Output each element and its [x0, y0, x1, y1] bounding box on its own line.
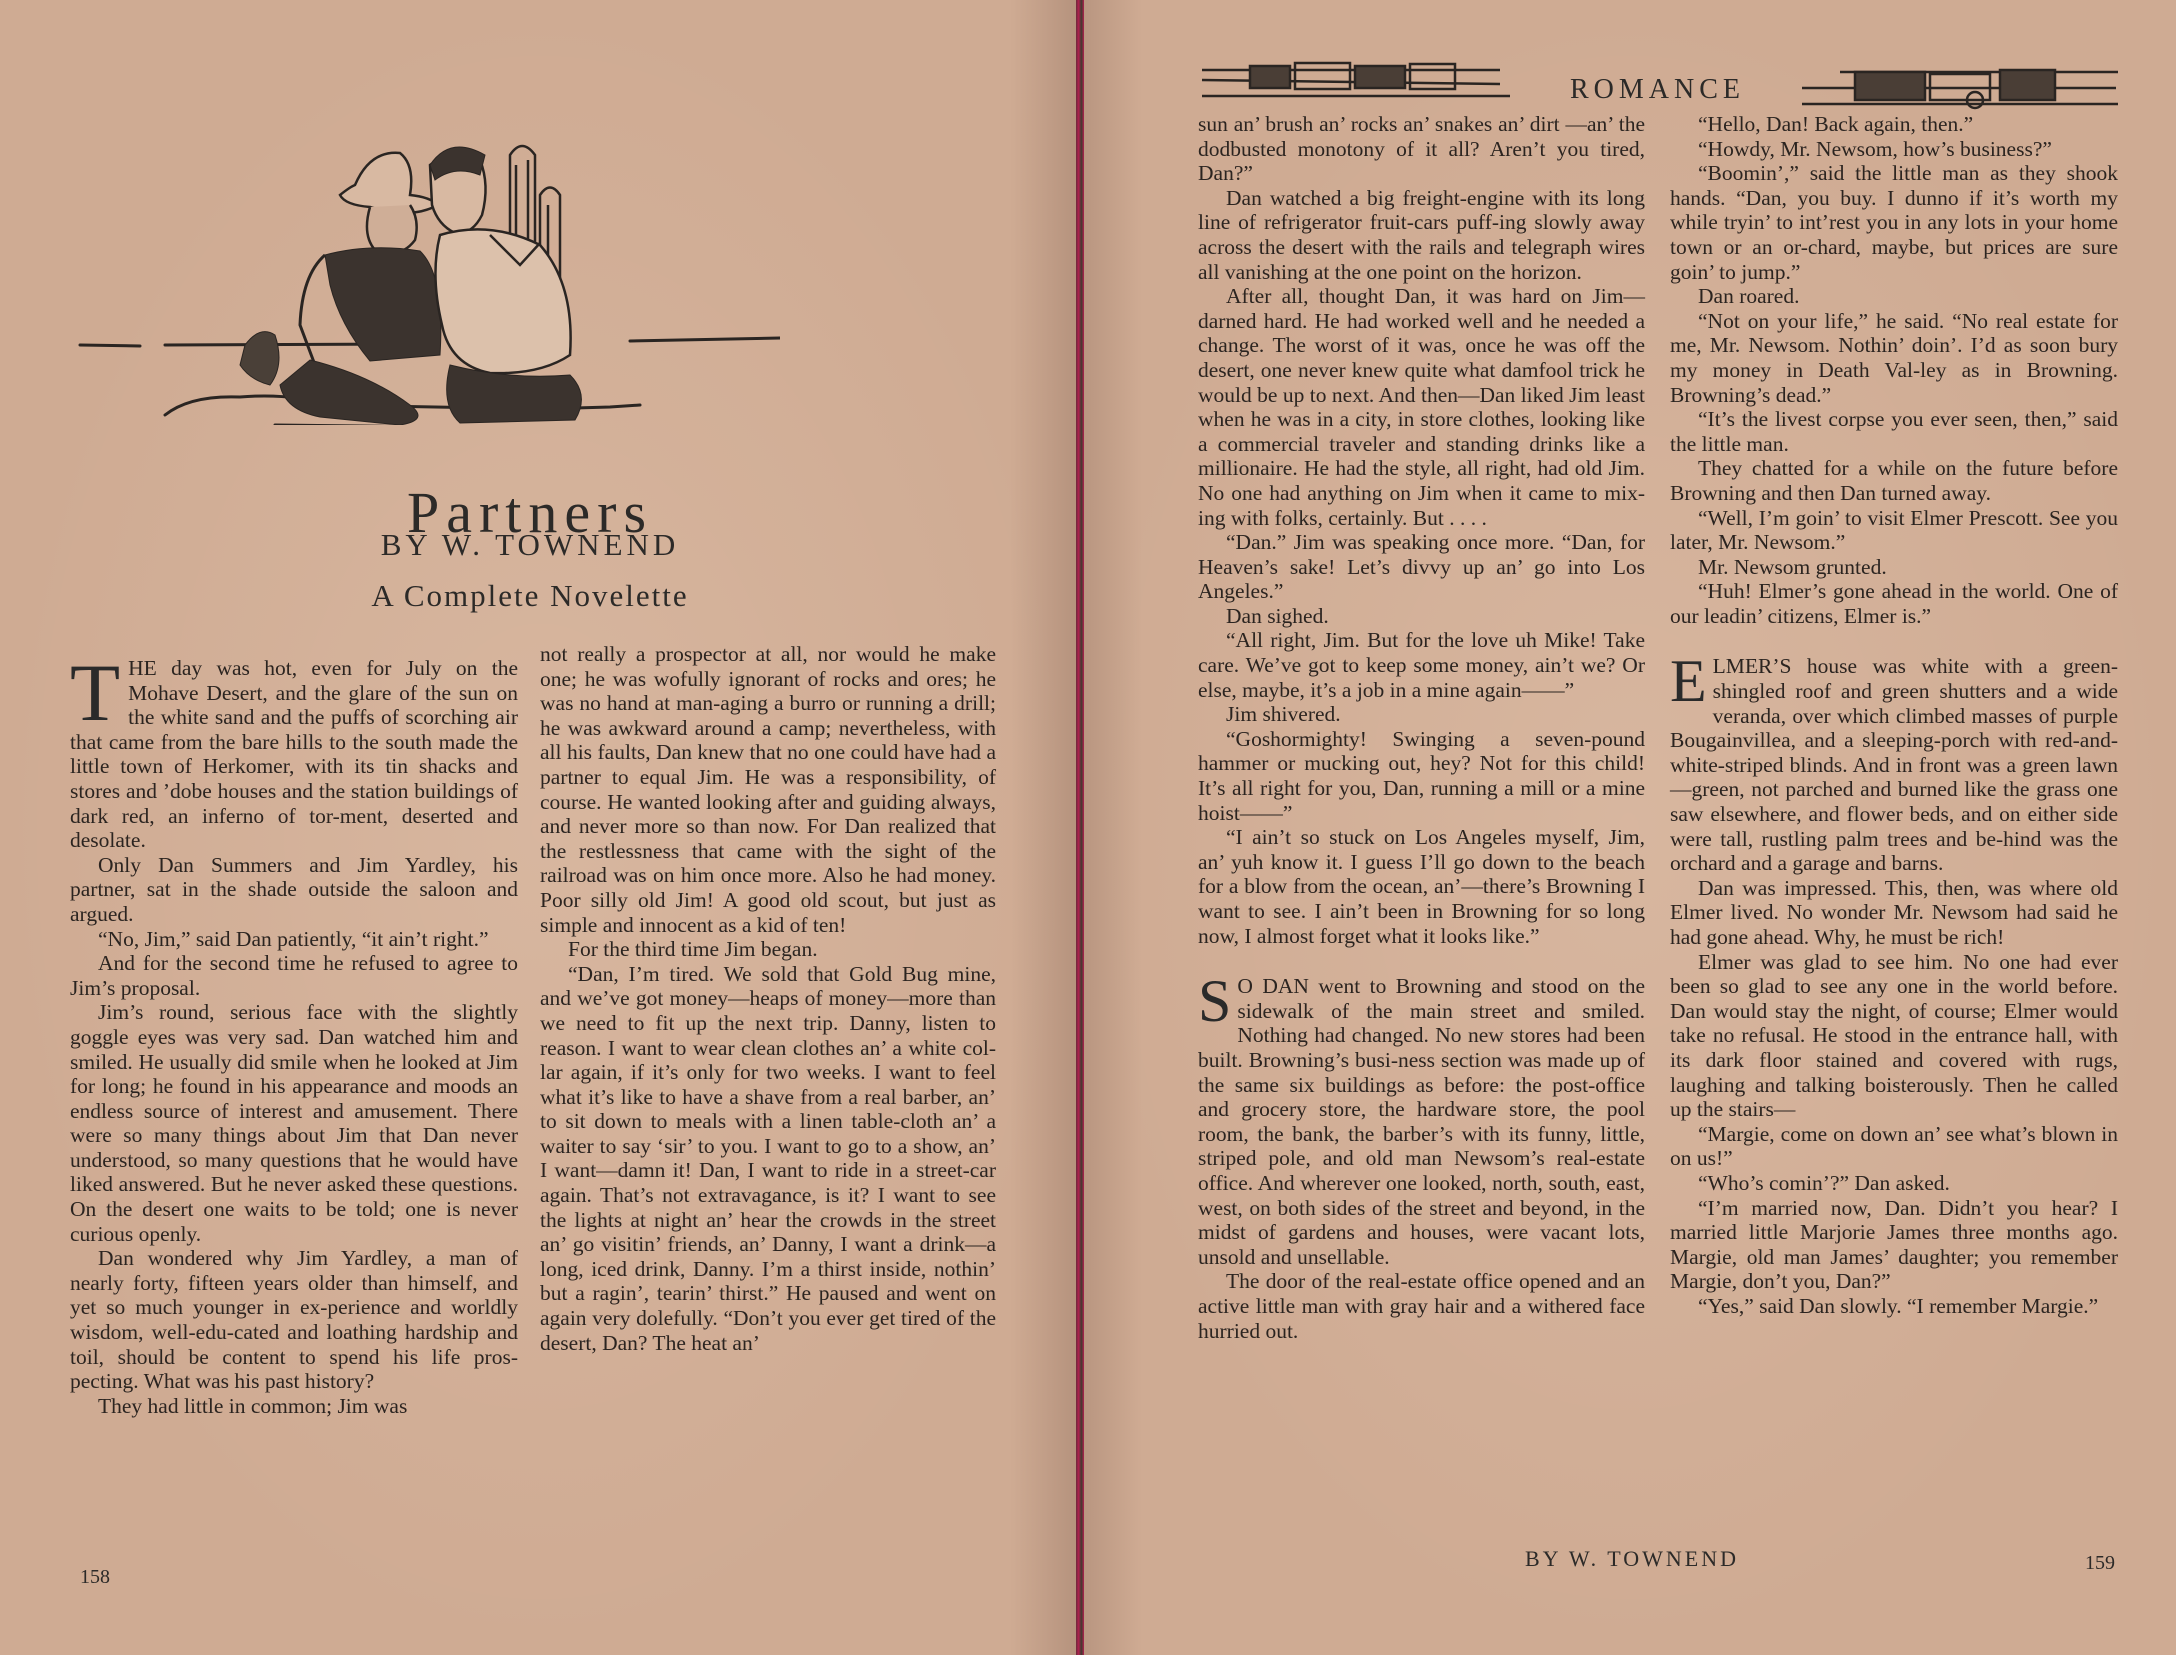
paragraph: “No, Jim,” said Dan patiently, “it ain’t… — [70, 927, 518, 952]
paragraph: They chatted for a while on the future b… — [1670, 456, 2118, 505]
paragraph: “Howdy, Mr. Newsom, how’s business?” — [1670, 137, 2118, 162]
story-subtitle: A Complete Novelette — [180, 578, 880, 614]
left-page: Partners BY W. TOWNEND A Complete Novele… — [0, 0, 1082, 1655]
paragraph: sun an’ brush an’ rocks an’ snakes an’ d… — [1198, 112, 1645, 186]
page-number-right: 159 — [2085, 1552, 2115, 1575]
paragraph: “Huh! Elmer’s gone ahead in the world. O… — [1670, 579, 2118, 628]
drop-cap: E — [1670, 656, 1707, 706]
story-byline: BY W. TOWNEND — [180, 527, 880, 563]
paragraph: Only Dan Summers and Jim Yardley, his pa… — [70, 853, 518, 927]
paragraph: “Boomin’,” said the little man as they s… — [1670, 161, 2118, 284]
paragraph: Dan roared. — [1670, 284, 2118, 309]
paragraph: Elmer was glad to see him. No one had ev… — [1670, 950, 2118, 1122]
paragraph: “I’m married now, Dan. Didn’t you hear? … — [1670, 1196, 2118, 1294]
paragraph-text: O DAN went to Browning and stood on the … — [1198, 974, 1645, 1269]
paragraph: SO DAN went to Browning and stood on the… — [1198, 974, 1645, 1269]
paragraph: “Dan, I’m tired. We sold that Gold Bug m… — [540, 962, 996, 1356]
paragraph: Dan watched a big freight-engine with it… — [1198, 186, 1645, 284]
paragraph: “I ain’t so stuck on Los Angeles myself,… — [1198, 825, 1645, 948]
drop-cap: T — [70, 660, 120, 726]
paragraph: Dan wondered why Jim Yardley, a man of n… — [70, 1246, 518, 1394]
footer-byline: BY W. TOWNEND — [1525, 1546, 1739, 1572]
text-column-2: not really a prospector at all, nor woul… — [540, 642, 996, 1355]
drop-cap: S — [1198, 976, 1231, 1026]
paragraph: The door of the real-estate office opene… — [1198, 1269, 1645, 1343]
binding-thread — [1076, 0, 1084, 1655]
paragraph: “Well, I’m goin’ to visit Elmer Prescott… — [1670, 506, 2118, 555]
paragraph: “Dan.” Jim was speaking once more. “Dan,… — [1198, 530, 1645, 604]
paragraph: Mr. Newsom grunted. — [1670, 555, 2118, 580]
paragraph: They had little in common; Jim was — [70, 1394, 518, 1419]
gutter-shadow — [1010, 0, 1082, 1655]
illustration-two-men-in-desert — [70, 125, 780, 425]
town-vignette-left-icon — [1200, 58, 1510, 102]
paragraph: Jim’s round, serious face with the sligh… — [70, 1000, 518, 1246]
paragraph: “It’s the livest corpse you ever seen, t… — [1670, 407, 2118, 456]
paragraph: And for the second time he refused to ag… — [70, 951, 518, 1000]
paragraph: For the third time Jim began. — [540, 937, 996, 962]
paragraph: After all, thought Dan, it was hard on J… — [1198, 284, 1645, 530]
paragraph-text: HE day was hot, even for July on the Moh… — [70, 656, 518, 852]
paragraph: “Yes,” said Dan slowly. “I remember Marg… — [1670, 1294, 2118, 1319]
running-head-title: ROMANCE — [1570, 74, 1745, 106]
paragraph-text: LMER’S house was white with a green-shin… — [1670, 654, 2118, 875]
paragraph: “Hello, Dan! Back again, then.” — [1670, 112, 2118, 137]
paragraph: ELMER’S house was white with a green-shi… — [1670, 654, 2118, 875]
paragraph: not really a prospector at all, nor woul… — [540, 642, 996, 937]
page-number-left: 158 — [80, 1566, 110, 1589]
gutter-shadow — [1082, 0, 1142, 1655]
text-column-1: THE day was hot, even for July on the Mo… — [70, 656, 518, 1418]
paragraph: Dan sighed. — [1198, 604, 1645, 629]
paragraph: “All right, Jim. But for the love uh Mik… — [1198, 628, 1645, 702]
paragraph: “Margie, come on down an’ see what’s blo… — [1670, 1122, 2118, 1171]
text-column-4: “Hello, Dan! Back again, then.”“Howdy, M… — [1670, 112, 2118, 1319]
paragraph: THE day was hot, even for July on the Mo… — [70, 656, 518, 853]
text-column-3: sun an’ brush an’ rocks an’ snakes an’ d… — [1198, 112, 1645, 1343]
town-vignette-right-icon — [1800, 58, 2118, 110]
paragraph: Jim shivered. — [1198, 702, 1645, 727]
paragraph: “Who’s comin’?” Dan asked. — [1670, 1171, 2118, 1196]
paragraph: “Goshormighty! Swinging a seven-pound ha… — [1198, 727, 1645, 825]
running-header: ROMANCE — [1200, 58, 2120, 108]
paragraph: Dan was impressed. This, then, was where… — [1670, 876, 2118, 950]
paragraph: “Not on your life,” he said. “No real es… — [1670, 309, 2118, 407]
